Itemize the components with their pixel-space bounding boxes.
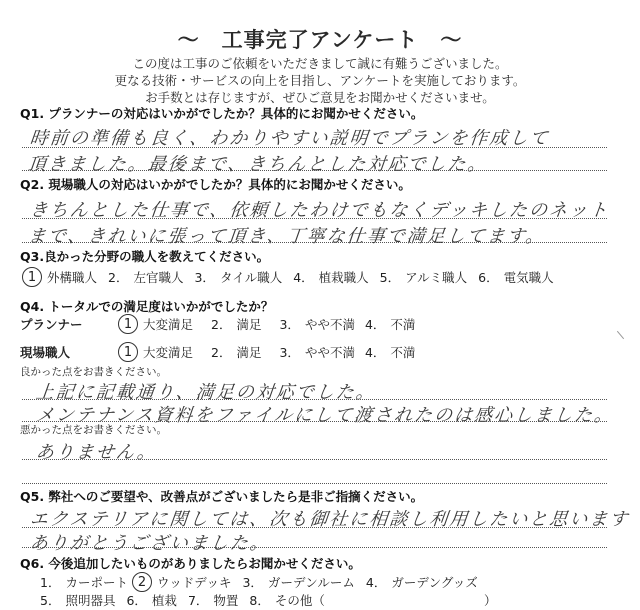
q3-options: 1外構職人 2．左官職人 3．タイル職人 4．植栽職人 5．アルミ職人 6．電気…: [22, 267, 565, 287]
q3-option-aluminum[interactable]: 5．アルミ職人: [380, 268, 467, 286]
q3-option-electric[interactable]: 6．電気職人: [478, 268, 553, 286]
q6-option-storage[interactable]: 7．物置: [188, 591, 238, 609]
q4-row-label-craftsman: 現場職人: [20, 343, 118, 361]
q4-craftsman-dissatisfied[interactable]: 4．不満: [365, 343, 415, 361]
q6-question: Q6. 今後追加したいものがありましたらお聞かせください。: [20, 554, 361, 572]
q6-other-input[interactable]: [300, 591, 480, 607]
q4-bad-answer-line-1[interactable]: ありません。: [35, 438, 159, 464]
q4-good-prompt: 良かった点をお書きください。: [20, 364, 167, 379]
q3-option-tile[interactable]: 3．タイル職人: [194, 268, 282, 286]
q5-answer-rule-2: [22, 547, 607, 548]
q3-option-planting[interactable]: 4．植栽職人: [293, 268, 368, 286]
selected-circle-icon: 1: [118, 314, 138, 334]
q2-answer-line-2[interactable]: まで、きれいに張って頂き、丁寧な仕事で満足してます。: [27, 222, 547, 248]
q2-answer-rule-2: [22, 242, 607, 243]
q6-options-row-2: 5．照明器具 6．植栽 7．物置 8．その他（: [40, 591, 336, 609]
selected-circle-icon: 1: [22, 267, 42, 287]
q3-option-plaster[interactable]: 2．左官職人: [108, 268, 183, 286]
q4-planner-very-satisfied[interactable]: 1大変満足: [118, 314, 193, 334]
q4-question: Q4. トータルでの満足度はいかがでしたか？: [20, 297, 273, 315]
intro-line-1: この度は工事のご依頼をいただきまして誠に有難うございました。: [0, 55, 640, 72]
q4-planner-satisfied[interactable]: 2．満足: [211, 315, 261, 333]
q4-bad-rule-1: [22, 459, 607, 460]
q6-option-carport[interactable]: 1．カーポート: [40, 573, 128, 591]
q6-other-close-paren: ）: [484, 591, 497, 609]
selected-circle-icon: 1: [118, 342, 138, 362]
survey-title: ～ 工事完了アンケート ～: [0, 24, 640, 54]
q2-question: Q2. 現場職人の対応はいかがでしたか？具体的にお聞かせください。: [20, 175, 411, 193]
q5-answer-line-2[interactable]: ありがとうございました。: [29, 529, 272, 555]
q1-answer-rule-2: [22, 170, 607, 171]
q1-answer-rule-1: [22, 147, 607, 148]
q1-answer-line-2[interactable]: 頂きました。最後まで、きちんとした対応でした。: [27, 150, 489, 176]
q5-question: Q5. 弊社へのご要望や、改善点がございましたら是非ご指摘ください。: [20, 487, 423, 505]
q4-craftsman-satisfied[interactable]: 2．満足: [211, 343, 261, 361]
q6-option-garden-goods[interactable]: 4．ガーデングッズ: [366, 573, 478, 591]
q5-answer-rule-1: [22, 527, 607, 528]
selected-circle-icon: 2: [132, 572, 152, 592]
q4-craftsman-very-satisfied[interactable]: 1大変満足: [118, 342, 193, 362]
q4-craftsman-somewhat-dissatisfied[interactable]: 3．やや不満: [279, 343, 354, 361]
q6-option-lighting[interactable]: 5．照明器具: [40, 591, 115, 609]
q4-row-planner: プランナー 1大変満足 2．満足 3．やや不満 4．不満: [20, 314, 433, 334]
q6-options-row-1: 1．カーポート 2ウッドデッキ 3．ガーデンルーム 4．ガーデングッズ: [40, 572, 489, 592]
q4-row-label-planner: プランナー: [20, 315, 118, 333]
q3-option-exterior[interactable]: 1外構職人: [22, 267, 97, 287]
q4-bad-prompt: 悪かった点をお書きください。: [20, 422, 167, 437]
q4-planner-somewhat-dissatisfied[interactable]: 3．やや不満: [279, 315, 354, 333]
q6-option-wood-deck[interactable]: 2ウッドデッキ: [132, 572, 232, 592]
q4-good-rule-1: [22, 399, 607, 400]
q3-question: Q3.良かった分野の職人を教えてください。: [20, 247, 269, 265]
intro-line-2: 更なる技術・サービスの向上を目指し、アンケートを実施しております。: [0, 72, 640, 89]
q6-option-garden-room[interactable]: 3．ガーデンルーム: [242, 573, 354, 591]
q1-question: Q1. プランナーの対応はいかがでしたか？具体的にお聞かせください。: [20, 104, 423, 122]
q2-answer-rule-1: [22, 218, 607, 219]
q6-option-planting[interactable]: 6．植栽: [126, 591, 176, 609]
q4-row-craftsman: 現場職人 1大変満足 2．満足 3．やや不満 4．不満: [20, 342, 433, 362]
q4-bad-rule-2: [22, 483, 607, 484]
q4-planner-dissatisfied[interactable]: 4．不満: [365, 315, 415, 333]
scan-mark: [617, 331, 624, 339]
